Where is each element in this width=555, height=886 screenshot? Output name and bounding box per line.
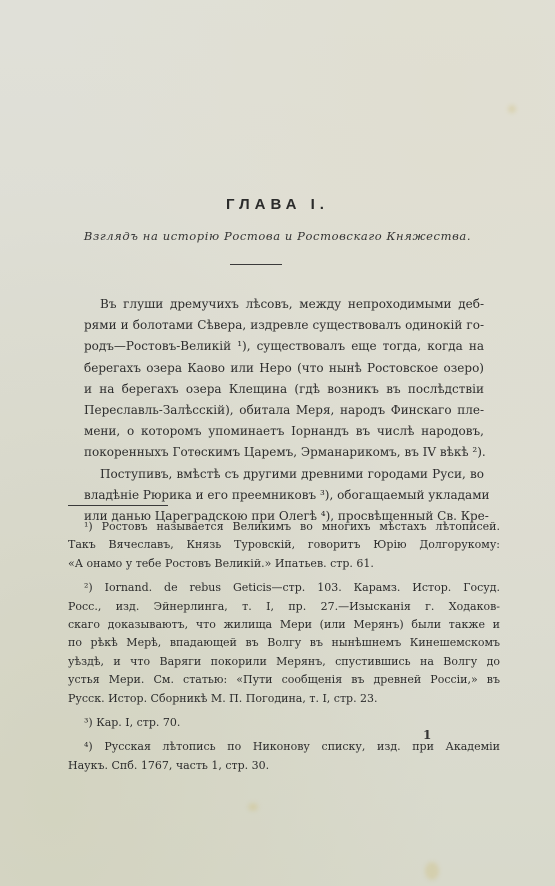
footnote-divider <box>68 505 168 506</box>
body-line: владѣніе Рюрика и его преемниковъ ³), об… <box>84 485 484 506</box>
footnote-line: Такъ Вячеславъ, Князь Туровскій, говорит… <box>68 536 500 554</box>
body-line: рями и болотами Сѣвера, издревле существ… <box>84 315 484 336</box>
footnotes: ¹) Ростовъ называется Великимъ во многих… <box>68 518 500 775</box>
footnote-line: Наукъ. Спб. 1767, часть 1, стр. 30. <box>68 757 500 775</box>
body-line: Поступивъ, вмѣстѣ съ другими древними го… <box>84 464 484 485</box>
chapter-title: ГЛАВА I. <box>0 196 555 213</box>
footnote-line: ²) Iornand. de rebus Geticis—стр. 103. К… <box>68 579 500 597</box>
paper-stain <box>508 105 516 113</box>
footnote-line: скаго доказываютъ, что жилища Мери (или … <box>68 616 500 634</box>
title-divider <box>230 264 282 265</box>
body-line: Переславль-Залѣсскій), обитала Меря, нар… <box>84 400 484 421</box>
body-line: мени, о которомъ упоминаетъ Іорнандъ въ … <box>84 421 484 442</box>
body-line: покоренныхъ Готѳскимъ Царемъ, Эрманарико… <box>84 442 484 463</box>
body-line: Въ глуши дремучихъ лѣсовъ, между непрохо… <box>84 294 484 315</box>
scanned-page: ГЛАВА I. Взглядъ на исторію Ростова и Ро… <box>0 0 555 886</box>
footnote-line: устья Мери. См. статью: «Пути сообщенія … <box>68 671 500 689</box>
footnote-line: Росс., изд. Эйнерлинга, т. I, пр. 27.—Из… <box>68 598 500 616</box>
body-line: родъ—Ростовъ-Великій ¹), существовалъ ещ… <box>84 336 484 357</box>
footnote-line: по рѣкѣ Мерѣ, впадающей въ Волгу въ нынѣ… <box>68 634 500 652</box>
page-number: 1 <box>423 728 431 742</box>
body-paragraphs: Въ глуши дремучихъ лѣсовъ, между непрохо… <box>84 294 484 527</box>
footnote-line: уѣздѣ, и что Варяги покорили Мерянъ, спу… <box>68 653 500 671</box>
footnote-line: ³) Кар. I, стр. 70. <box>68 714 500 732</box>
paper-stain <box>248 803 258 811</box>
footnote-line: Русск. Истор. Сборникѣ М. П. Погодина, т… <box>68 690 500 708</box>
body-line: берегахъ озера Каово или Неро (что нынѣ … <box>84 358 484 379</box>
footnote-line: ⁴) Русская лѣтопись по Никонову списку, … <box>68 738 500 756</box>
chapter-subtitle: Взглядъ на исторію Ростова и Ростовскаго… <box>0 229 555 243</box>
footnote-line: «А онамо у тебе Ростовъ Великій.» Ипатье… <box>68 555 500 573</box>
paper-stain <box>425 862 439 880</box>
body-line: и на берегахъ озера Клещина (гдѣ возникъ… <box>84 379 484 400</box>
footnote-line: ¹) Ростовъ называется Великимъ во многих… <box>68 518 500 536</box>
